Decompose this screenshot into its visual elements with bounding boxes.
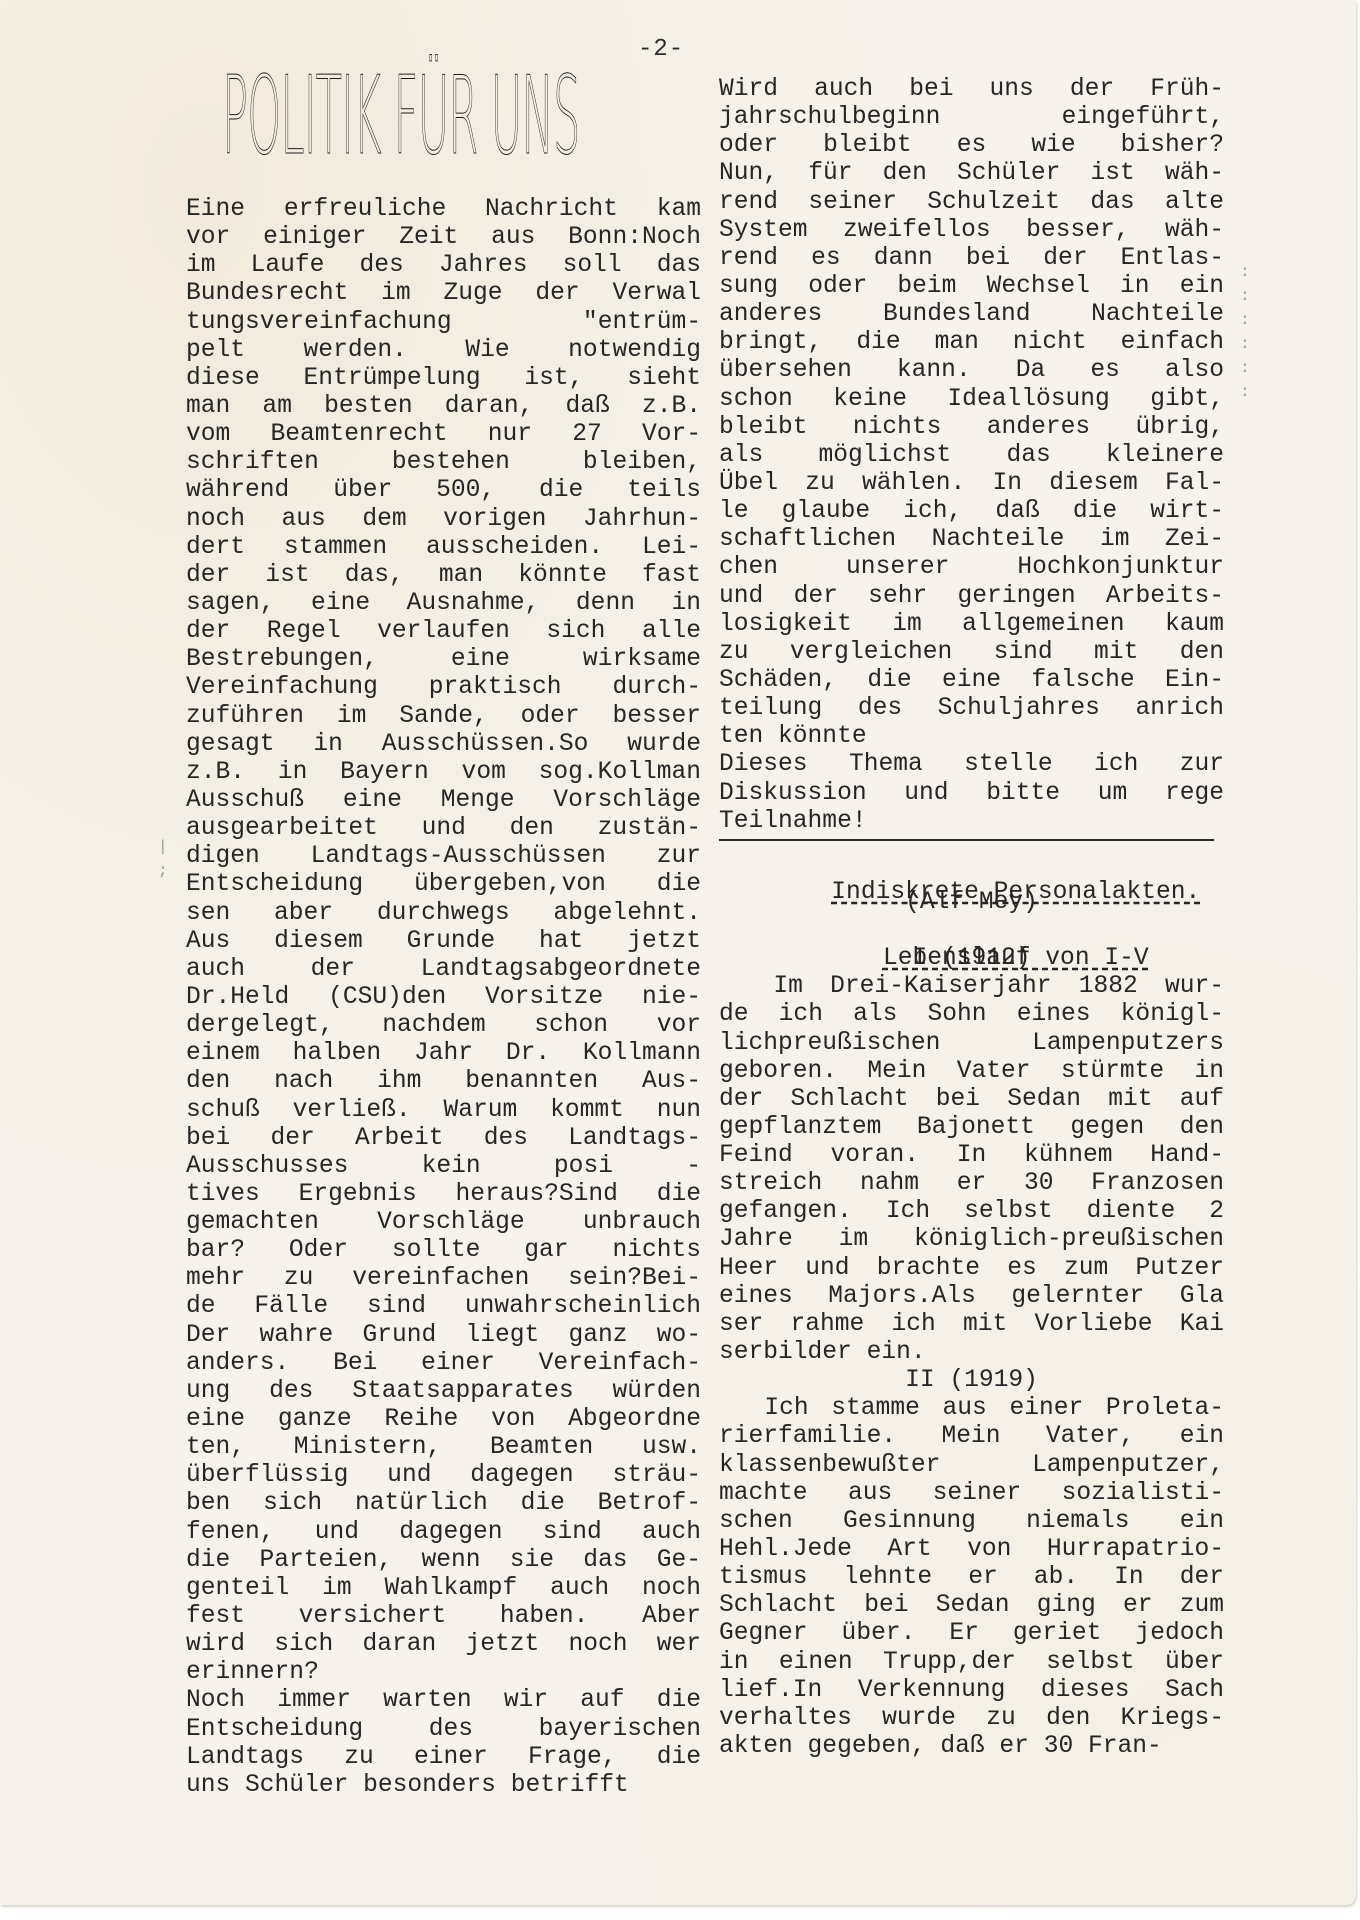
text-line: z.B. in Bayern vom sog.Kollman xyxy=(186,759,701,787)
text-line: der Schlacht bei Sedan mit auf xyxy=(719,1086,1224,1114)
text-line: Noch immer warten wir auf die xyxy=(186,1687,701,1715)
biography-parts: I (1912) Im Drei-Kaiserjahr 1882 wur-de … xyxy=(719,945,1224,1761)
text-line: vor einiger Zeit aus Bonn:Noch xyxy=(186,224,701,252)
text-line: erinnern? xyxy=(186,1659,701,1687)
text-line: lichpreußischen Lampenputzers xyxy=(719,1030,1224,1058)
text-line: schriften bestehen bleiben, xyxy=(186,449,701,477)
text-line: die Parteien, wenn sie das Ge- xyxy=(186,1547,701,1575)
text-line: eines Majors.Als gelernter Gla xyxy=(719,1283,1224,1311)
text-line: schon keine Ideallösung gibt, xyxy=(719,386,1224,414)
text-line: überflüssig und dagegen sträu- xyxy=(186,1462,701,1490)
text-line: gemachten Vorschläge unbrauch xyxy=(186,1209,701,1237)
text-line: streich nahm er 30 Franzosen xyxy=(719,1170,1224,1198)
text-line: rend seiner Schulzeit das alte xyxy=(719,189,1224,217)
text-line: lief.In Verkennung dieses Sach xyxy=(719,1677,1224,1705)
margin-dots: :::::: xyxy=(1240,260,1250,404)
text-line: noch aus dem vorigen Jahrhun- xyxy=(186,506,701,534)
right-column: Wird auch bei uns der Früh-jahrschulbegi… xyxy=(719,76,1224,1761)
text-line: in einen Trupp,der selbst über xyxy=(719,1649,1224,1677)
text-line: man am besten daran, daß z.B. xyxy=(186,393,701,421)
part-body: Im Drei-Kaiserjahr 1882 wur-de ich als S… xyxy=(719,973,1224,1367)
text-line: im Laufe des Jahres soll das xyxy=(186,252,701,280)
margin-dots: |; xyxy=(158,835,168,883)
text-line: und der sehr geringen Arbeits- xyxy=(719,583,1224,611)
page-number: -2- xyxy=(638,36,684,63)
text-line: sen aber durchwegs abgelehnt. xyxy=(186,900,701,928)
text-line: dergelegt, nachdem schon vor xyxy=(186,1012,701,1040)
text-line: sagen, eine Ausnahme, denn in xyxy=(186,590,701,618)
text-line: digen Landtags-Ausschüssen zur xyxy=(186,843,701,871)
text-line: geboren. Mein Vater stürmte in xyxy=(719,1058,1224,1086)
text-line: tismus lehnte er ab. In der xyxy=(719,1564,1224,1592)
text-line: Landtags zu einer Frage, die xyxy=(186,1744,701,1772)
text-line: Übel zu wählen. In diesem Fal- xyxy=(719,470,1224,498)
text-line: schaftlichen Nachteile im Zei- xyxy=(719,526,1224,554)
text-line: den nach ihm benannten Aus- xyxy=(186,1068,701,1096)
text-line: Teilnahme! xyxy=(719,808,1224,836)
text-line: bar? Oder sollte gar nichts xyxy=(186,1237,701,1265)
text-line: serbilder ein. xyxy=(719,1339,1224,1367)
text-line: anderes Bundesland Nachteile xyxy=(719,301,1224,329)
masthead-title: POLITIK FÜR UNS xyxy=(222,62,394,172)
text-line: Nun, für den Schüler ist wäh- xyxy=(719,160,1224,188)
text-line: tives Ergebnis heraus?Sind die xyxy=(186,1181,701,1209)
text-line: ten könnte xyxy=(719,723,1224,751)
text-line: Schlacht bei Sedan ging er zum xyxy=(719,1592,1224,1620)
text-line: akten gegeben, daß er 30 Fran- xyxy=(719,1733,1224,1761)
text-line: Feind voran. In kühnem Hand- xyxy=(719,1142,1224,1170)
text-line: dert stammen ausscheiden. Lei- xyxy=(186,534,701,562)
text-line: Vereinfachung praktisch durch- xyxy=(186,674,701,702)
text-line: pelt werden. Wie notwendig xyxy=(186,337,701,365)
text-line: teilung des Schuljahres anrich xyxy=(719,695,1224,723)
text-line: de ich als Sohn eines königl- xyxy=(719,1001,1224,1029)
text-line: ben sich natürlich die Betrof- xyxy=(186,1490,701,1518)
text-line: bei der Arbeit des Landtags- xyxy=(186,1125,701,1153)
text-line: eine ganze Reihe von Abgeordne xyxy=(186,1406,701,1434)
part-body: Ich stamme aus einer Proleta-rierfamilie… xyxy=(719,1395,1224,1761)
text-line: übersehen kann. Da es also xyxy=(719,357,1224,385)
text-line: genteil im Wahlkampf auch noch xyxy=(186,1575,701,1603)
text-line: le glaube ich, daß die wirt- xyxy=(719,498,1224,526)
text-line: Aus diesem Grunde hat jetzt xyxy=(186,928,701,956)
text-line: bringt, die man nicht einfach xyxy=(719,329,1224,357)
text-line: gepflanztem Bajonett gegen den xyxy=(719,1114,1224,1142)
text-line: Bundesrecht im Zuge der Verwal xyxy=(186,280,701,308)
text-line: Dr.Held (CSU)den Vorsitze nie- xyxy=(186,984,701,1012)
text-line: chen unserer Hochkonjunktur xyxy=(719,554,1224,582)
text-line: diese Entrümpelung ist, sieht xyxy=(186,365,701,393)
text-line: gefangen. Ich selbst diente 2 xyxy=(719,1198,1224,1226)
part-heading: II (1919) xyxy=(719,1367,1224,1395)
text-line: ung des Staatsapparates würden xyxy=(186,1378,701,1406)
text-line: Ausschuß eine Menge Vorschläge xyxy=(186,787,701,815)
text-line: tungsvereinfachung "entrüm- xyxy=(186,309,701,337)
text-line: Schäden, die eine falsche Ein- xyxy=(719,667,1224,695)
text-line: losigkeit im allgemeinen kaum xyxy=(719,611,1224,639)
text-line: während über 500, die teils xyxy=(186,477,701,505)
text-line: vom Beamtenrecht nur 27 Vor- xyxy=(186,421,701,449)
text-line: verhaltes wurde zu den Kriegs- xyxy=(719,1705,1224,1733)
text-line: fest versichert haben. Aber xyxy=(186,1603,701,1631)
text-line: anders. Bei einer Vereinfach- xyxy=(186,1350,701,1378)
right-column-article-continuation: Wird auch bei uns der Früh-jahrschulbegi… xyxy=(719,76,1224,836)
text-line: uns Schüler besonders betrifft xyxy=(186,1772,701,1800)
text-line: Entscheidung übergeben,von die xyxy=(186,871,701,899)
text-line: ser rahme ich mit Vorliebe Kai xyxy=(719,1311,1224,1339)
text-line: mehr zu vereinfachen sein?Bei- xyxy=(186,1265,701,1293)
text-line: rend es dann bei der Entlas- xyxy=(719,245,1224,273)
text-line: de Fälle sind unwahrscheinlich xyxy=(186,1293,701,1321)
text-line: rierfamilie. Mein Vater, ein xyxy=(719,1423,1224,1451)
text-line: bleibt nichts anderes übrig, xyxy=(719,414,1224,442)
text-line: Gegner über. Er geriet jedoch xyxy=(719,1620,1224,1648)
text-line: Wird auch bei uns der Früh- xyxy=(719,76,1224,104)
text-line: machte aus seiner sozialisti- xyxy=(719,1480,1224,1508)
text-line: System zweifellos besser, wäh- xyxy=(719,217,1224,245)
text-line: wird sich daran jetzt noch wer xyxy=(186,1631,701,1659)
text-line: zuführen im Sande, oder besser xyxy=(186,703,701,731)
text-line: als möglichst das kleinere xyxy=(719,442,1224,470)
text-line: zu vergleichen sind mit den xyxy=(719,639,1224,667)
section-title: Indiskrete Personalakten. xyxy=(719,851,1224,883)
text-line: Heer und brachte es zum Putzer xyxy=(719,1255,1224,1283)
text-line: schuß verließ. Warum kommt nun xyxy=(186,1097,701,1125)
section-divider xyxy=(719,839,1214,841)
text-line: sung oder beim Wechsel in ein xyxy=(719,273,1224,301)
text-line: der Regel verlaufen sich alle xyxy=(186,618,701,646)
text-line: Diskussion und bitte um rege xyxy=(719,780,1224,808)
text-line: ten, Ministern, Beamten usw. xyxy=(186,1434,701,1462)
text-line: Eine erfreuliche Nachricht kam xyxy=(186,196,701,224)
text-line: oder bleibt es wie bisher? xyxy=(719,132,1224,160)
text-line: Hehl.Jede Art von Hurrapatrio- xyxy=(719,1536,1224,1564)
text-line: Ausschusses kein posi - xyxy=(186,1153,701,1181)
text-line: jahrschulbeginn eingeführt, xyxy=(719,104,1224,132)
text-line: Im Drei-Kaiserjahr 1882 wur- xyxy=(719,973,1224,1001)
text-line: Entscheidung des bayerischen xyxy=(186,1716,701,1744)
text-line: Bestrebungen, eine wirksame xyxy=(186,646,701,674)
text-line: Dieses Thema stelle ich zur xyxy=(719,751,1224,779)
text-line: ausgearbeitet und den zustän- xyxy=(186,815,701,843)
text-line: klassenbewußter Lampenputzer, xyxy=(719,1452,1224,1480)
text-line: Ich stamme aus einer Proleta- xyxy=(719,1395,1224,1423)
text-line: der ist das, man könnte fast xyxy=(186,562,701,590)
text-line: auch der Landtagsabgeordnete xyxy=(186,956,701,984)
text-line: fenen, und dagegen sind auch xyxy=(186,1519,701,1547)
document-page: -2- POLITIK FÜR UNS Eine erfreuliche Nac… xyxy=(0,0,1356,1905)
left-column-article: Eine erfreuliche Nachricht kamvor einige… xyxy=(186,196,701,1800)
text-line: schen Gesinnung niemals ein xyxy=(719,1508,1224,1536)
text-line: Der wahre Grund liegt ganz wo- xyxy=(186,1322,701,1350)
text-line: gesagt in Ausschüssen.So wurde xyxy=(186,731,701,759)
text-line: Jahre im königlich-preußischen xyxy=(719,1226,1224,1254)
text-line: einem halben Jahr Dr. Kollmann xyxy=(186,1040,701,1068)
